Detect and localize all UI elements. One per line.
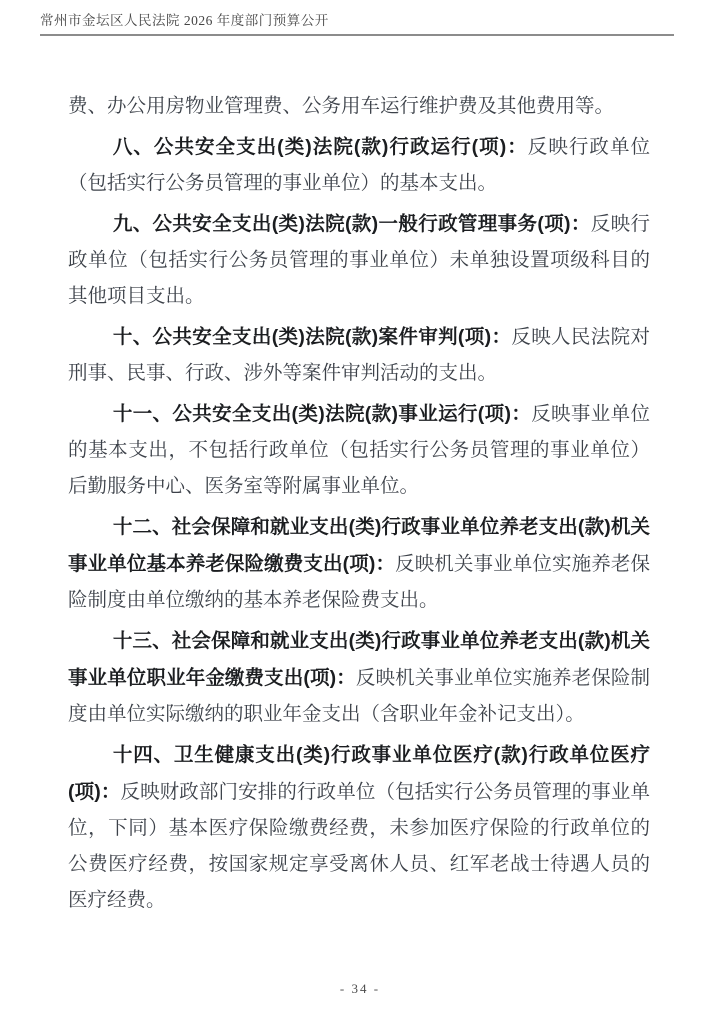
paragraph-heading: 十一、公共安全支出(类)法院(款)事业运行(项)： [113,403,531,425]
paragraph-item-10: 十、公共安全支出(类)法院(款)案件审判(项)：反映人民法院对刑事、民事、行政、… [68,319,650,392]
document-title: 常州市金坛区人民法院 2026 年度部门预算公开 [40,9,674,34]
paragraph-heading: 十、公共安全支出(类)法院(款)案件审判(项)： [113,326,512,348]
paragraph-item-9: 九、公共安全支出(类)法院(款)一般行政管理事务(项)：反映行政单位（包括实行公… [68,206,650,315]
paragraph-item-13: 十三、社会保障和就业支出(类)行政事业单位养老支出(款)机关事业单位职业年金缴费… [68,623,650,733]
document-body: 费、办公用房物业管理费、公务用车运行维护费及其他费用等。 八、公共安全支出(类)… [68,89,650,919]
paragraph-heading: 九、公共安全支出(类)法院(款)一般行政管理事务(项)： [113,213,591,235]
paragraph-item-14: 十四、卫生健康支出(类)行政事业单位医疗(款)行政单位医疗(项)：反映财政部门安… [68,737,650,919]
page-number: - 34 - [0,981,720,997]
paragraph-text: 反映财政部门安排的行政单位（包括实行公务员管理的事业单位，下同）基本医疗保险缴费… [68,782,650,911]
header-divider [40,34,674,36]
paragraph-item-12: 十二、社会保障和就业支出(类)行政事业单位养老支出(款)机关事业单位基本养老保险… [68,509,650,619]
paragraph-item-8: 八、公共安全支出(类)法院(款)行政运行(项)：反映行政单位（包括实行公务员管理… [68,129,650,202]
paragraph-item-11: 十一、公共安全支出(类)法院(款)事业运行(项)：反映事业单位的基本支出，不包括… [68,396,650,505]
page-header: 常州市金坛区人民法院 2026 年度部门预算公开 [40,9,674,36]
document-page: { "header": { "title": "常州市金坛区人民法院 2026 … [0,0,720,1018]
paragraph-continuation: 费、办公用房物业管理费、公务用车运行维护费及其他费用等。 [68,89,650,125]
paragraph-heading: 八、公共安全支出(类)法院(款)行政运行(项)： [113,136,528,158]
paragraph-text: 费、办公用房物业管理费、公务用车运行维护费及其他费用等。 [68,96,614,117]
